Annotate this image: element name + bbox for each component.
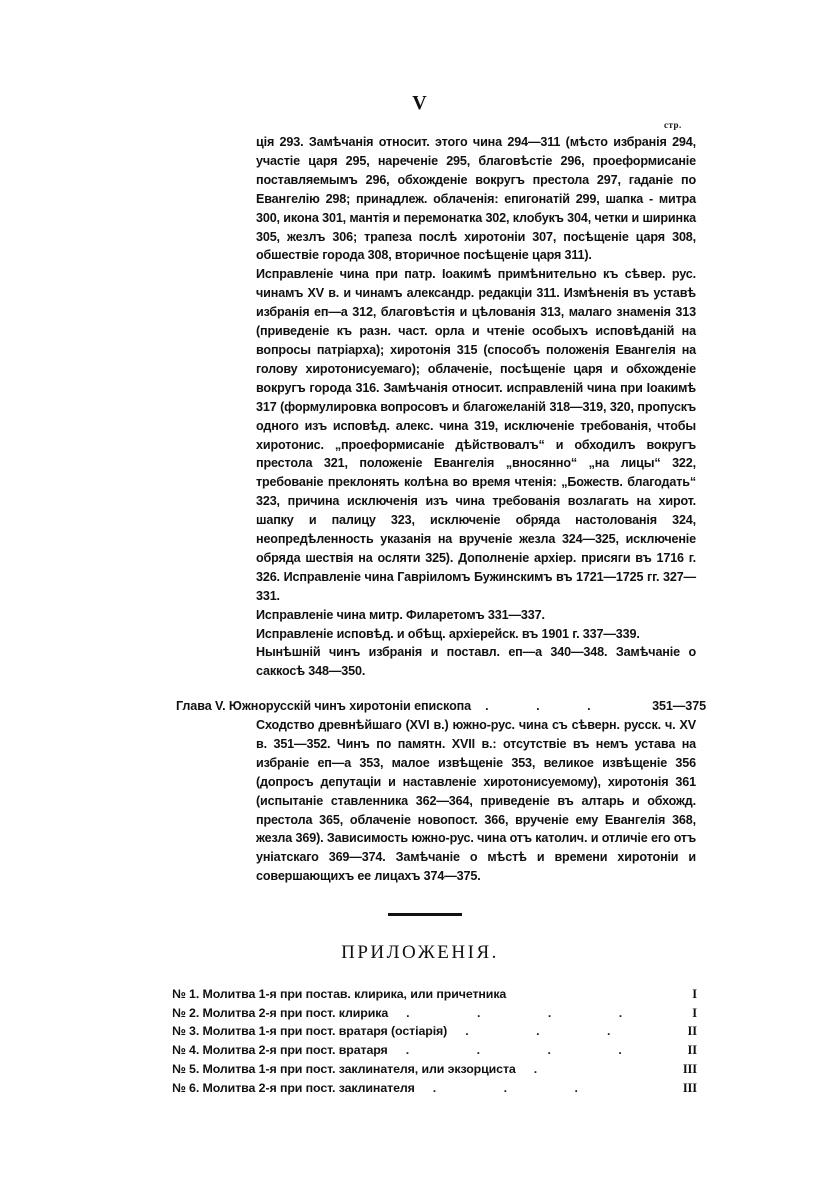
leader-dots: .: [516, 1060, 657, 1079]
leader-dots: . . .: [447, 1022, 657, 1041]
page-column-label: стр.: [664, 120, 682, 130]
appendix-item-page: III: [657, 1079, 697, 1098]
leader-dots: . . . .: [388, 1004, 657, 1023]
paragraph-philaret-revision: Исправленіе чина митр. Филаретомъ 331—33…: [256, 606, 696, 625]
appendix-item-5[interactable]: № 5. Молитва 1-я при пост. заклинателя, …: [172, 1060, 697, 1079]
appendix-item-2[interactable]: № 2. Молитва 2-я при пост. клирика . . .…: [172, 1004, 697, 1023]
appendix-item-3[interactable]: № 3. Молитва 1-я при пост. вратаря (ості…: [172, 1022, 697, 1041]
appendix-item-label: № 1. Молитва 1-я при постав. клирика, ил…: [172, 985, 506, 1004]
paragraph-1901-revision: Исправленіе исповѣд. и обѣщ. архіерейск.…: [256, 625, 696, 644]
appendix-item-label: № 5. Молитва 1-я при пост. заклинателя, …: [172, 1060, 516, 1079]
appendix-item-4[interactable]: № 4. Молитва 2-я при пост. вратаря . . .…: [172, 1041, 697, 1060]
appendix-item-label: № 3. Молитва 1-я при пост. вратаря (ості…: [172, 1022, 447, 1041]
appendix-item-page: I: [657, 985, 697, 1004]
page-numeral: V: [0, 92, 840, 115]
leader-dots: . . .: [415, 1079, 657, 1098]
leader-dots: . . .: [471, 697, 644, 716]
paragraph-current-rite: Нынѣшній чинъ избранія и поставл. еп—а 3…: [256, 643, 696, 681]
chapter-summary-text: Сходство древнѣйшаго (XVI в.) южно-рус. …: [256, 716, 696, 886]
appendix-item-page: II: [657, 1022, 697, 1041]
appendix-item-page: I: [657, 1004, 697, 1023]
appendix-item-6[interactable]: № 6. Молитва 2-я при пост. заклинателя .…: [172, 1079, 697, 1098]
appendix-item-page: III: [657, 1060, 697, 1079]
appendix-list: № 1. Молитва 1-я при постав. клирика, ил…: [172, 985, 697, 1097]
chapter-title: Глава V. Южнорусскій чинъ хиротоніи епис…: [176, 697, 471, 716]
section-divider: [388, 913, 462, 916]
appendix-item-page: II: [657, 1041, 697, 1060]
appendix-item-1[interactable]: № 1. Молитва 1-я при постав. клирика, ил…: [172, 985, 697, 1004]
toc-entry-chapter-5[interactable]: Глава V. Южнорусскій чинъ хиротоніи епис…: [176, 697, 706, 716]
continuation-text: ція 293. Замѣчанія относит. этого чина 2…: [256, 133, 696, 681]
appendix-heading: ПРИЛОЖЕНІЯ.: [0, 942, 840, 964]
appendix-item-label: № 6. Молитва 2-я при пост. заклинателя: [172, 1079, 415, 1098]
paragraph-remarks: ція 293. Замѣчанія относит. этого чина 2…: [256, 133, 696, 265]
paragraph-joachim-revision: Исправленіе чина при патр. Іоакимѣ примѣ…: [256, 265, 696, 605]
chapter-pages: 351—375: [644, 697, 706, 716]
leader-dots: . . . .: [388, 1041, 657, 1060]
chapter-summary: Сходство древнѣйшаго (XVI в.) южно-рус. …: [256, 716, 696, 886]
appendix-item-label: № 4. Молитва 2-я при пост. вратаря: [172, 1041, 388, 1060]
appendix-item-label: № 2. Молитва 2-я при пост. клирика: [172, 1004, 388, 1023]
